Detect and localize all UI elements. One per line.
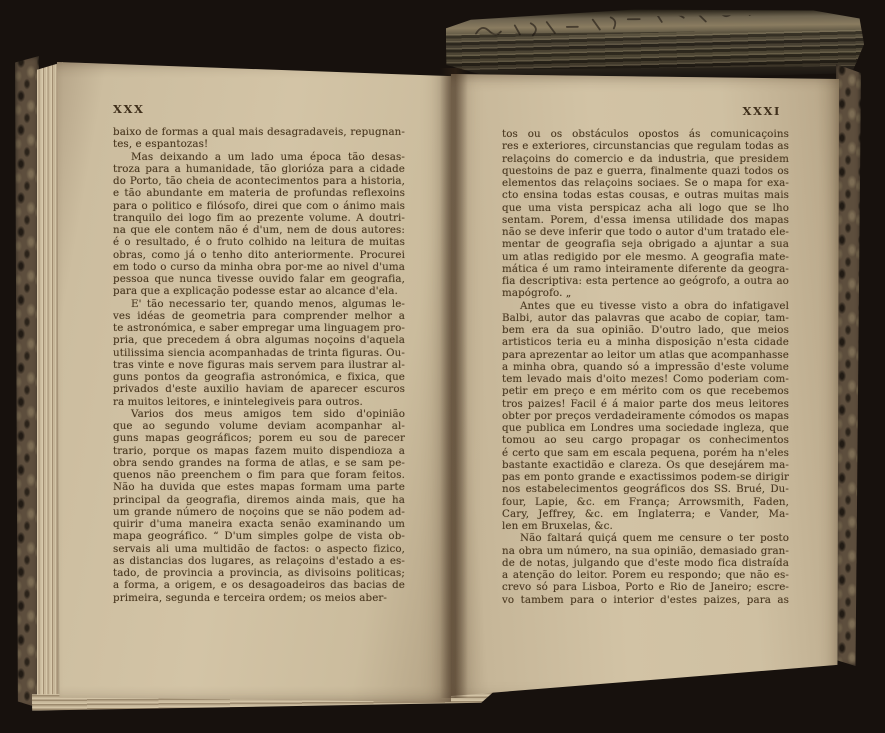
text-line: four, Lapie, &c. em França; Arrowsmith, …: [502, 496, 789, 508]
text-line: mapógrofo. „: [502, 287, 789, 299]
text-line: Antes que eu tivesse visto a obra do inf…: [502, 300, 789, 312]
text-line: res e exteriores, circunstancias que reg…: [502, 140, 789, 152]
text-line: Não ha duvida que estes mapas formam uma…: [113, 481, 405, 493]
paragraph: Mas deixando a um lado uma época tão des…: [113, 151, 405, 298]
text-line: a forma, a origem, e os desagoadeiros da…: [113, 579, 405, 591]
text-line: a minha obra, quando só a impressão d'es…: [502, 361, 789, 373]
text-line: guns pontos da geografia astronómica, e …: [113, 371, 405, 383]
text-line: obra sendo grandes na forma de atlas, e …: [113, 457, 405, 469]
text-line: trario, porque os mapas fazem muito disp…: [113, 445, 405, 457]
text-line: não se deve inferir que todo o autor d'u…: [502, 226, 789, 238]
text-line: cto ensina todas estas cousas, e outras …: [502, 189, 789, 201]
text-line: servais ali uma multidão de factos: o as…: [113, 543, 405, 555]
text-line: é o resultado, é o fruto colhido na leit…: [113, 236, 405, 248]
paragraph: E' tão necessario ter, quando menos, alg…: [113, 298, 405, 408]
text-line: bem era da sua opinião. D'outro lado, qu…: [502, 324, 789, 336]
text-line: e tão abundante em materia de profundas …: [113, 187, 405, 199]
text-line: questoins de paz e guerra, finalmente qu…: [502, 165, 789, 177]
paragraph: Antes que eu tivesse visto a obra do inf…: [502, 300, 789, 533]
text-line: privados d'este auxilio haviam de aparec…: [113, 383, 405, 395]
text-line: a atenção do leitor. Porem eu respondo; …: [502, 569, 789, 581]
text-line: tros paizes! Facil é á maior parte dos m…: [502, 398, 789, 410]
text-line: elementos das relaçoins sociaes. Se o ma…: [502, 177, 789, 189]
text-line: len em Bruxelas, &c.: [502, 520, 789, 532]
text-line: guns mapas geográficos; porem eu sou de …: [113, 432, 405, 444]
paragraph: Não faltará quiçá quem me censure o ter …: [502, 532, 789, 606]
text-line: Balbi, autor das palavras que acabo de c…: [502, 312, 789, 324]
right-page-text: tos ou os obstáculos opostos ás comunica…: [502, 128, 789, 606]
text-line: mapa geográfico. “ D'um simples golpe de…: [113, 530, 405, 542]
text-line: é certo que sam em escala pequena, porém…: [502, 447, 789, 459]
left-page-text: baixo de formas a qual mais desagradavei…: [113, 126, 405, 604]
text-line: Cary, Jeffrey, &c. em Inglaterra; e Vand…: [502, 508, 789, 520]
text-line: Mas deixando a um lado uma época tão des…: [113, 151, 405, 163]
text-line: pessoa que nunca tivesse ouvido falar em…: [113, 273, 405, 285]
text-line: quirir d'uma maneira exacta senão examin…: [113, 518, 405, 530]
text-line: que ao segundo volume deviam acompanhar …: [113, 420, 405, 432]
text-line: pria, que precedem á obra algumas noçoin…: [113, 334, 405, 346]
text-line: que publica em Londres uma sociedade ing…: [502, 422, 789, 434]
text-line: tado, de provincia a provincia, as divis…: [113, 567, 405, 579]
text-line: nos estabelecimentos geográficos dos SS.…: [502, 483, 789, 495]
text-line: para o politico e filósofo, direi que co…: [113, 200, 405, 212]
book-top-edge: [446, 6, 865, 80]
text-line: em todo o curso da minha obra por-me ao …: [113, 261, 405, 273]
text-line: para aprezentar ao leitor um atlas que a…: [502, 349, 789, 361]
right-page-number: XXXI: [502, 105, 789, 117]
left-cover-marbled-edge: [15, 56, 39, 708]
text-line: sentam. Porem, d'essa imensa utilidade d…: [502, 214, 789, 226]
top-edge-ridges: [446, 30, 864, 71]
text-line: obras, como já o tenho dito anteriorment…: [113, 249, 405, 261]
text-line: tranquilo dei logo fim ao prezente volum…: [113, 212, 405, 224]
text-line: pas em ponto grande e exactissimos podem…: [502, 471, 789, 483]
text-line: troza para a humanidade, tão glorióza pa…: [113, 163, 405, 175]
text-line: relaçoins do comercio e da industria, qu…: [502, 153, 789, 165]
text-line: que uma vista perspicaz acha ali logo qu…: [502, 202, 789, 214]
text-line: primeira, segunda e terceira ordem; os m…: [113, 592, 405, 604]
text-line: um atlas redigido por ele mesmo. A geogr…: [502, 251, 789, 263]
text-line: mática é um ramo inteiramente diferente …: [502, 263, 789, 275]
left-page: XXX baixo de formas a qual mais desagrad…: [57, 62, 451, 702]
text-line: principal da geografia, diremos ainda ma…: [113, 494, 405, 506]
text-line: um grande número de noçoins que se não p…: [113, 506, 405, 518]
text-line: as distancias dos lugares, as relaçoins …: [113, 555, 405, 567]
text-line: bastante exactidão e clareza. Os que des…: [502, 459, 789, 471]
paragraph: Varios dos meus amigos tem sido d'opiniã…: [113, 408, 405, 604]
text-line: ves idéas de geometria para comprender m…: [113, 310, 405, 322]
text-line: ra muitos leitores, e inintelegiveis par…: [113, 396, 405, 408]
paragraph: tos ou os obstáculos opostos ás comunica…: [502, 128, 789, 300]
text-line: tras vinte e nove figuras mais servem pa…: [113, 359, 405, 371]
text-line: artisticos teria eu a minha disposição n…: [502, 336, 789, 348]
text-line: na obra um número, na sua opinião, demas…: [502, 545, 789, 557]
text-line: fia descriptiva: esta pertence ao geógro…: [502, 275, 789, 287]
text-line: do Porto, tão cheia de acontecimentos pa…: [113, 175, 405, 187]
text-line: na que ele contem não é d'um, nem de dou…: [113, 224, 405, 236]
text-line: Não faltará quiçá quem me censure o ter …: [502, 532, 789, 544]
text-line: de de notas, julgando que d'este modo fi…: [502, 557, 789, 569]
text-line: tes, e espantozas!: [113, 138, 405, 150]
text-line: baixo de formas a qual mais desagradavei…: [113, 126, 405, 138]
text-line: obter por preços verdadeiramente cómodos…: [502, 410, 789, 422]
right-cover-marbled-edge: [836, 64, 861, 666]
photo-background: { "colors": { "background": "#17110d", "…: [0, 0, 885, 733]
text-line: mentar de geografia seja obrigado a ajun…: [502, 238, 789, 250]
text-line: tem levado mais d'oito mezes! Como poder…: [502, 373, 789, 385]
text-line: utilissima siencia acompanhadas de trint…: [113, 347, 405, 359]
text-line: vo tambem para o interior d'estes paizes…: [502, 594, 789, 606]
paragraph: baixo de formas a qual mais desagradavei…: [113, 126, 405, 151]
left-page-content: XXX baixo de formas a qual mais desagrad…: [113, 103, 405, 604]
text-line: te astronómica, e saber empregar uma lin…: [113, 322, 405, 334]
text-line: Varios dos meus amigos tem sido d'opiniã…: [113, 408, 405, 420]
left-page-number: XXX: [113, 103, 405, 115]
text-line: petir em preço e em mérito com os que re…: [502, 385, 789, 397]
right-page-content: XXXI tos ou os obstáculos opostos ás com…: [502, 105, 789, 606]
text-line: para que a explicação podesse estar ao a…: [113, 285, 405, 297]
right-page: XXXI tos ou os obstáculos opostos ás com…: [451, 74, 839, 696]
text-line: tos ou os obstáculos opostos ás comunica…: [502, 128, 789, 140]
text-line: crevo só para Lisboa, Porto e Rio de Jan…: [502, 581, 789, 593]
text-line: tomou ao seu cargo propagar os conhecime…: [502, 434, 789, 446]
text-line: quenos não preenchem o fim para que fora…: [113, 469, 405, 481]
text-line: E' tão necessario ter, quando menos, alg…: [113, 298, 405, 310]
